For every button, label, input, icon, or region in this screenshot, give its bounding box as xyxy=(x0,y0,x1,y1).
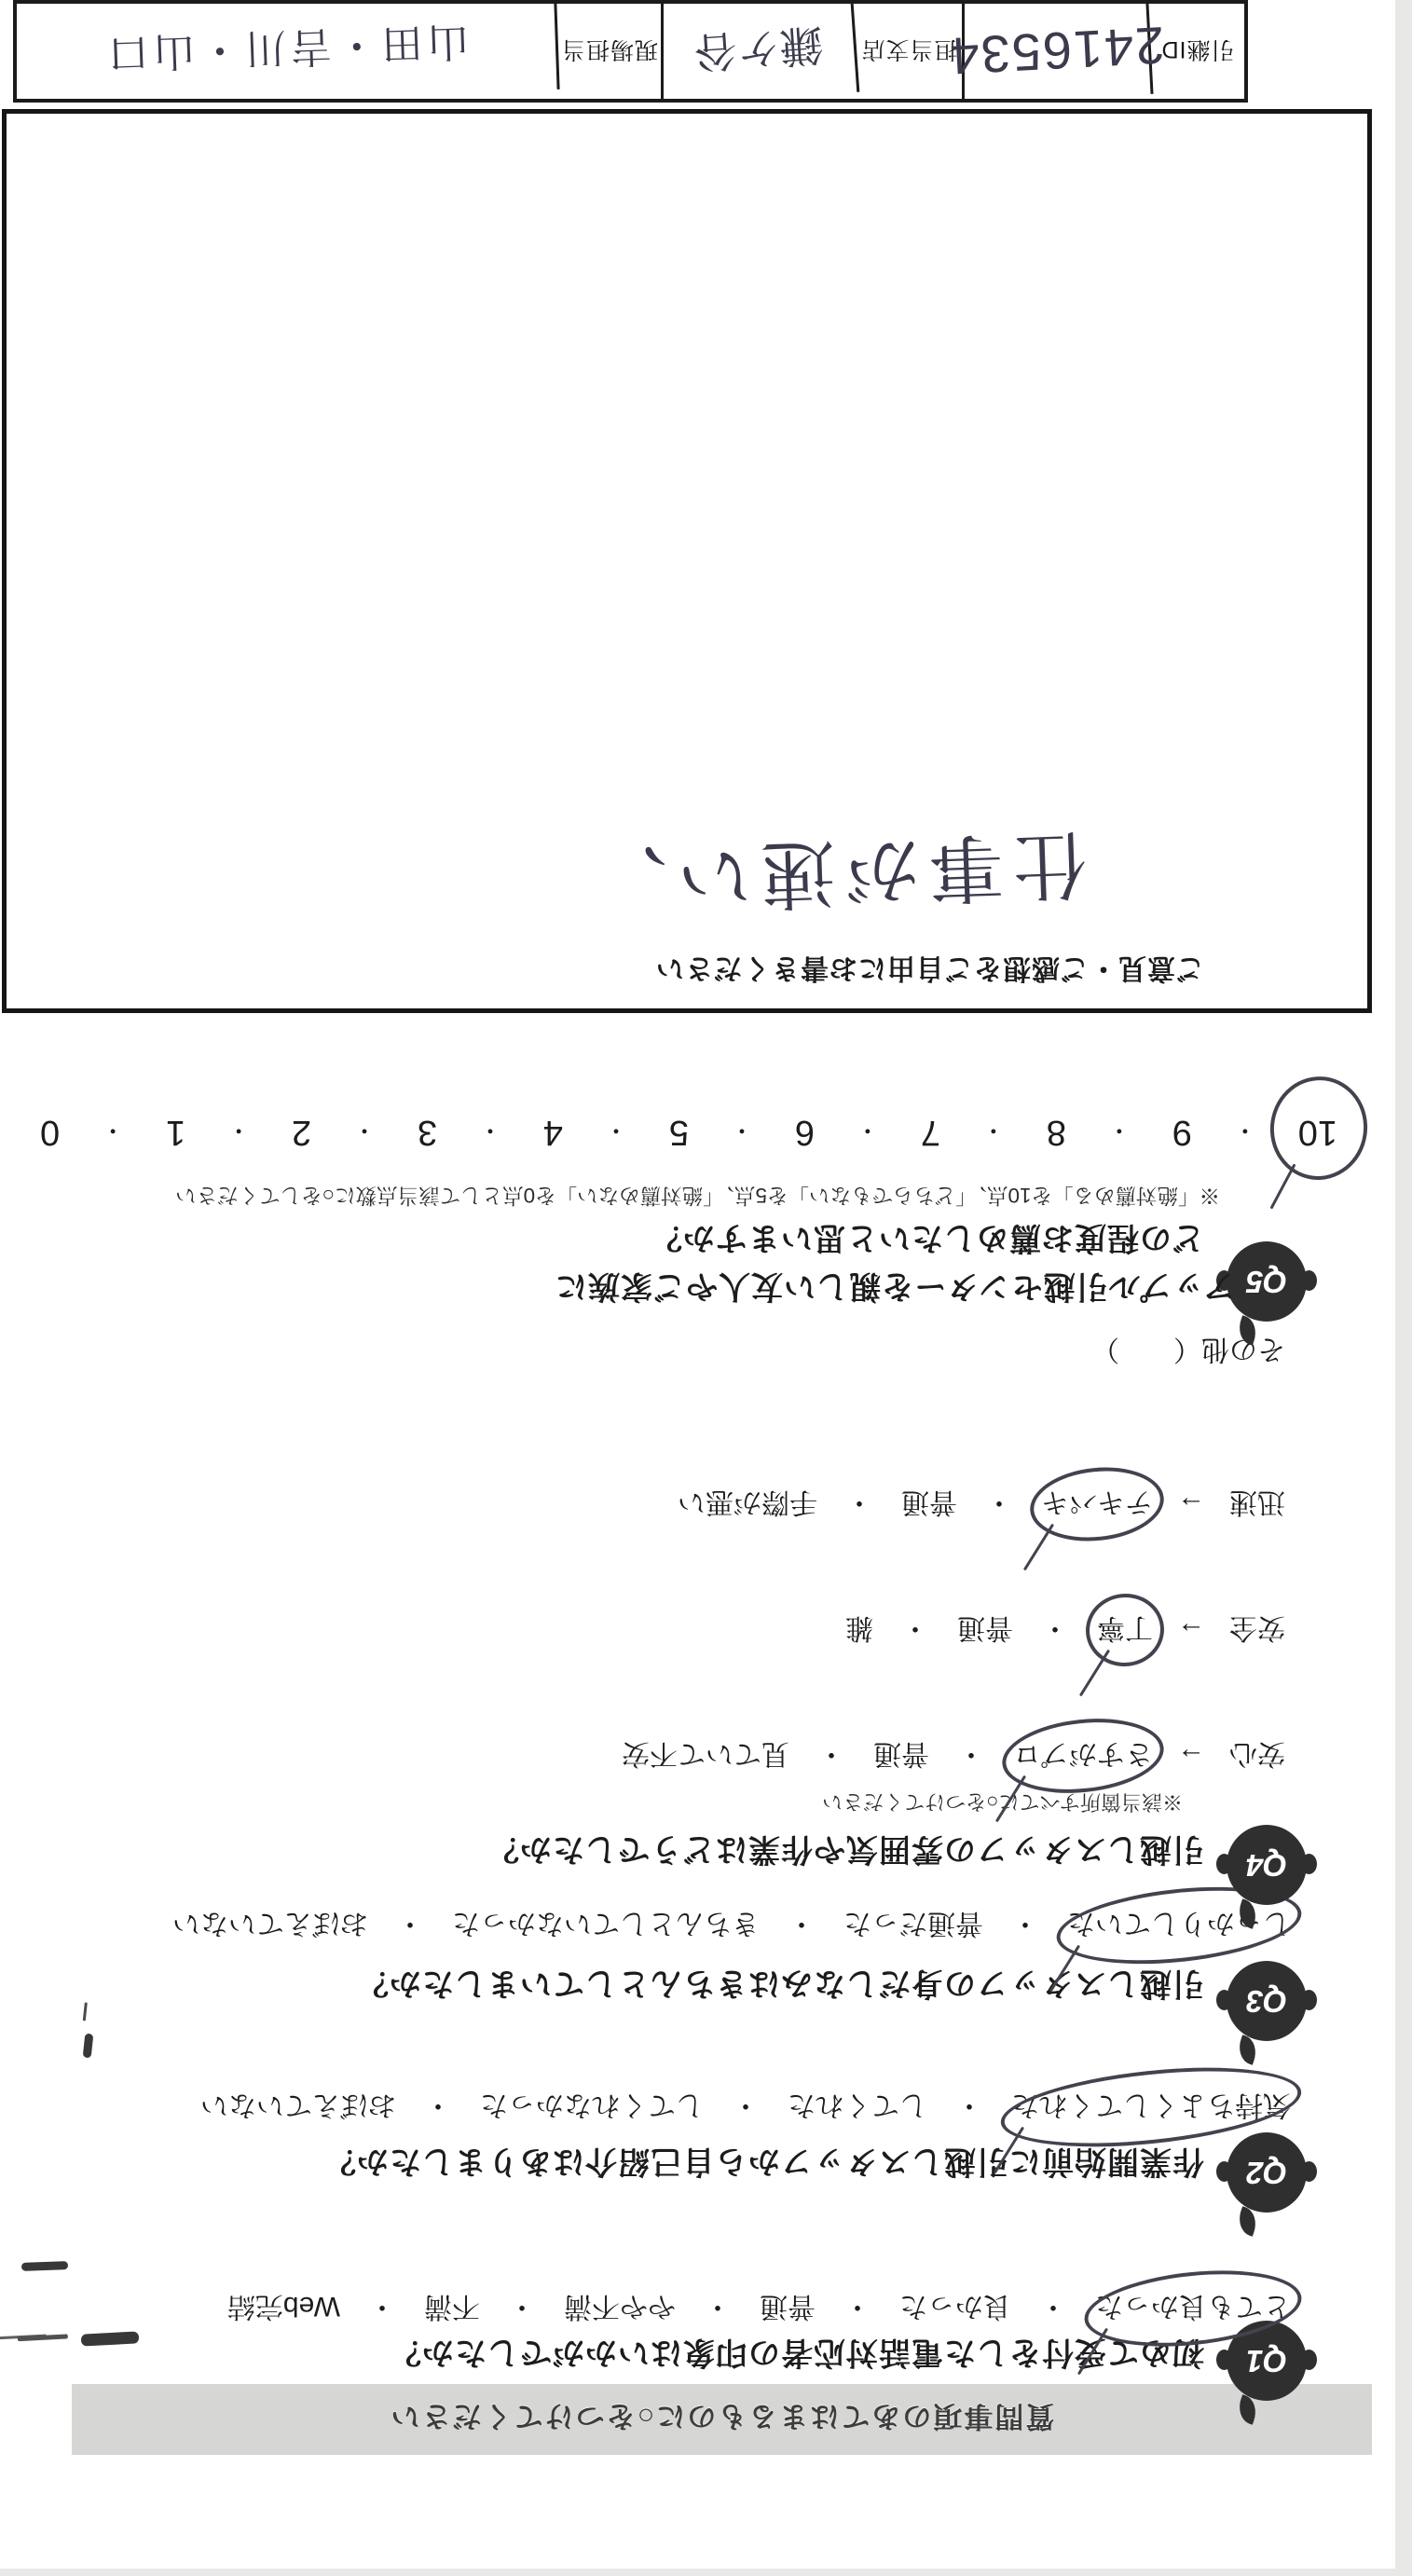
scan-smudge xyxy=(81,2331,140,2346)
q2-option-kimochiyoku: 気持ちよくしてくれた xyxy=(1011,2088,1291,2129)
comment-box: ご意見・ご感想をご自由にお書きください 仕事が速い、 xyxy=(2,109,1372,1013)
q4-other-open: その他（ xyxy=(1173,1332,1285,1373)
q5-score-1: 1 xyxy=(166,1112,185,1152)
dot-separator: ・ xyxy=(1107,1115,1131,1149)
q1-option-totemo-yokatta: とても良かった xyxy=(1095,2289,1291,2330)
q4-row-jinsoku-label: 迅速 xyxy=(1229,1485,1285,1526)
q1-option-fuman: 不満 xyxy=(424,2289,480,2330)
q3-options: しっかりしていた ・ 普通だった ・ きちんとしていなかった ・ おぼえていない xyxy=(172,1906,1291,1947)
q3-title: 引越しスタッフの身だしなみはきちんとしていましたか？ xyxy=(356,1964,1204,2009)
q4-row-jinsoku: 迅速 → テキパキ ・ 普通 ・ 手際が悪い xyxy=(678,1485,1285,1526)
q2-option-shitekureta: してくれた xyxy=(788,2088,927,2129)
dot-separator: ・ xyxy=(843,2289,871,2330)
dot-separator: ・ xyxy=(1011,1906,1039,1947)
q5-score-10: 10 xyxy=(1298,1112,1337,1152)
dot-separator: ・ xyxy=(957,1736,985,1777)
dot-separator: ・ xyxy=(604,1115,628,1149)
q3-option-futsuu: 普通だった xyxy=(843,1906,983,1947)
dot-separator: ・ xyxy=(352,1115,377,1149)
q1-option-yokatta: 良かった xyxy=(899,2289,1011,2330)
branch-value-handwritten: 鎌ケ谷 xyxy=(661,0,860,105)
dot-separator: ・ xyxy=(955,2088,983,2129)
q5-note: ※「絶対薦める」を10点、「どちらでもない」を5点、「絶対薦めない」を0点として… xyxy=(175,1182,1220,1212)
q1-option-futsuu: 普通 xyxy=(760,2289,816,2330)
scan-smudge xyxy=(83,2034,94,2059)
q4-icon-label: Q4 xyxy=(1246,1847,1287,1883)
q5-score-7: 7 xyxy=(921,1112,940,1152)
q4-other-row: その他（ ） xyxy=(1091,1332,1285,1373)
arrow-icon: → xyxy=(1177,1615,1205,1647)
q1-option-web: Web完結 xyxy=(227,2289,340,2330)
sprout-icon xyxy=(1234,2206,1261,2237)
q4-anshin-option-sasugapuro: さすがプロ xyxy=(1013,1736,1153,1777)
q1-options: とても良かった ・ 良かった ・ 普通 ・ やや不満 ・ 不満 ・ Web完結 xyxy=(227,2289,1291,2330)
q4-jinsoku-option-tegiwagawarui: 手際が悪い xyxy=(678,1485,817,1526)
q4-title: 引越しスタッフの雰囲気や作業はどうでしたか？ xyxy=(487,1829,1204,1875)
q4-jinsoku-option-futsuu: 普通 xyxy=(901,1485,957,1526)
q3-option-shikkari: しっかりしていた xyxy=(1067,1906,1291,1947)
q5-score-9: 9 xyxy=(1172,1112,1192,1152)
dot-separator: ・ xyxy=(1233,1115,1257,1149)
dot-separator: ・ xyxy=(226,1115,251,1149)
q5-score-2: 2 xyxy=(292,1112,311,1152)
dot-separator: ・ xyxy=(730,1115,754,1149)
q3-icon-label: Q3 xyxy=(1246,1983,1287,2019)
arrow-icon: → xyxy=(1177,1489,1205,1521)
q3-balloon-icon: Q3 xyxy=(1227,1961,1307,2041)
q4-row-anshin: 安心 → さすがプロ ・ 普通 ・ 見ていて不安 xyxy=(622,1736,1285,1777)
dot-separator: ・ xyxy=(788,1906,816,1947)
q5-score-6: 6 xyxy=(795,1112,815,1152)
scan-smudge xyxy=(21,2261,68,2271)
dot-separator: ・ xyxy=(368,2289,396,2330)
scan-background: { "page": { "instruction_bar": "質問事項のあては… xyxy=(0,0,1412,2576)
dot-separator: ・ xyxy=(1041,1610,1069,1651)
handwritten-comment: 仕事が速い、 xyxy=(583,816,1090,941)
q1-option-yaya-fuman: やや不満 xyxy=(564,2289,676,2330)
q4-anzen-option-teinei: 丁寧 xyxy=(1097,1610,1153,1651)
q5-score-8: 8 xyxy=(1047,1112,1066,1152)
q4-anzen-option-zatsu: 雑 xyxy=(845,1610,873,1651)
q4-row-anshin-label: 安心 xyxy=(1229,1736,1285,1777)
q2-option-shitekurenakatta: してくれなかった xyxy=(480,2088,704,2129)
dot-separator: ・ xyxy=(856,1115,880,1149)
q4-balloon-icon: Q4 xyxy=(1227,1825,1307,1905)
dot-separator: ・ xyxy=(508,2289,536,2330)
q2-option-oboeteinai: おぼえていない xyxy=(200,2088,396,2129)
dot-separator: ・ xyxy=(478,1115,502,1149)
q5-icon-label: Q5 xyxy=(1246,1264,1287,1299)
dot-separator: ・ xyxy=(1039,2289,1067,2330)
dot-separator: ・ xyxy=(732,2088,760,2129)
instruction-bar-text: 質問事項のあてはまるものに○をつけてください xyxy=(390,2399,1055,2441)
q5-score-3: 3 xyxy=(418,1112,437,1152)
q2-options: 気持ちよくしてくれた ・ してくれた ・ してくれなかった ・ おぼえていない xyxy=(200,2088,1291,2129)
q2-icon-label: Q2 xyxy=(1246,2155,1287,2190)
q1-title: 初めて受付をした電話対応者の印象はいかがでしたか？ xyxy=(389,2333,1204,2378)
dot-separator: ・ xyxy=(704,2289,732,2330)
q4-anshin-option-futsuu: 普通 xyxy=(873,1736,929,1777)
q4-other-close: ） xyxy=(1091,1332,1119,1373)
arrow-icon: → xyxy=(1177,1741,1205,1773)
dot-separator: ・ xyxy=(845,1485,873,1526)
q2-balloon-icon: Q2 xyxy=(1227,2132,1307,2213)
q4-jinsoku-option-tekipaki: テキパキ xyxy=(1041,1485,1153,1526)
sprout-icon xyxy=(1234,2035,1261,2065)
q2-title: 作業開始前に引越しスタッフから自己紹介はありましたか？ xyxy=(323,2142,1204,2187)
handover-id-value-handwritten: 2416534 xyxy=(962,0,1153,103)
q4-anshin-option-fuan: 見ていて不安 xyxy=(622,1736,789,1777)
q5-title-line2: どの程度お薦めしたいと思いますか？ xyxy=(650,1218,1204,1264)
handover-id-label: 引継ID xyxy=(1151,4,1244,99)
q5-score-5: 5 xyxy=(669,1112,689,1152)
crew-label: 現場担当 xyxy=(558,4,664,99)
q5-score-scale: 10 ・ 9 ・ 8 ・ 7 ・ 6 ・ 5 ・ 4 ・ 3 ・ 2 ・ 1 ・… xyxy=(40,1112,1337,1152)
q1-icon-label: Q1 xyxy=(1246,2343,1287,2378)
q4-row-anzen-label: 安全 xyxy=(1229,1610,1285,1651)
q3-option-kichintoshiteinakatta: きちんとしていなかった xyxy=(452,1906,760,1947)
q4-row-anzen: 安全 → 丁寧 ・ 普通 ・ 雑 xyxy=(845,1610,1285,1651)
q5-score-4: 4 xyxy=(543,1112,563,1152)
q5-balloon-icon: Q5 xyxy=(1227,1241,1307,1322)
dot-separator: ・ xyxy=(396,1906,424,1947)
handover-info-table: 引継ID 2416534 担当支店 鎌ケ谷 現場担当 山田・吉川・山口 xyxy=(13,0,1248,103)
dot-separator: ・ xyxy=(981,1115,1006,1149)
q5-title-line1: アップル引越センターを親しい友人やご家族に xyxy=(555,1267,1235,1312)
q5-score-0: 0 xyxy=(40,1112,60,1152)
crew-value-handwritten: 山田・吉川・山口 xyxy=(15,0,559,108)
scanned-questionnaire-sheet: 質問事項のあてはまるものに○をつけてください Q1 初めて受付をした電話対応者の… xyxy=(0,0,1395,2569)
dot-separator: ・ xyxy=(817,1736,845,1777)
dot-separator: ・ xyxy=(424,2088,452,2129)
comment-box-label: ご意見・ご感想をご自由にお書きください xyxy=(655,951,1204,992)
q4-anzen-option-futsuu: 普通 xyxy=(957,1610,1013,1651)
instruction-bar: 質問事項のあてはまるものに○をつけてください xyxy=(72,2384,1372,2455)
q3-option-oboeteinai: おぼえていない xyxy=(172,1906,368,1947)
dot-separator: ・ xyxy=(901,1610,929,1651)
dot-separator: ・ xyxy=(985,1485,1013,1526)
dot-separator: ・ xyxy=(101,1115,125,1149)
